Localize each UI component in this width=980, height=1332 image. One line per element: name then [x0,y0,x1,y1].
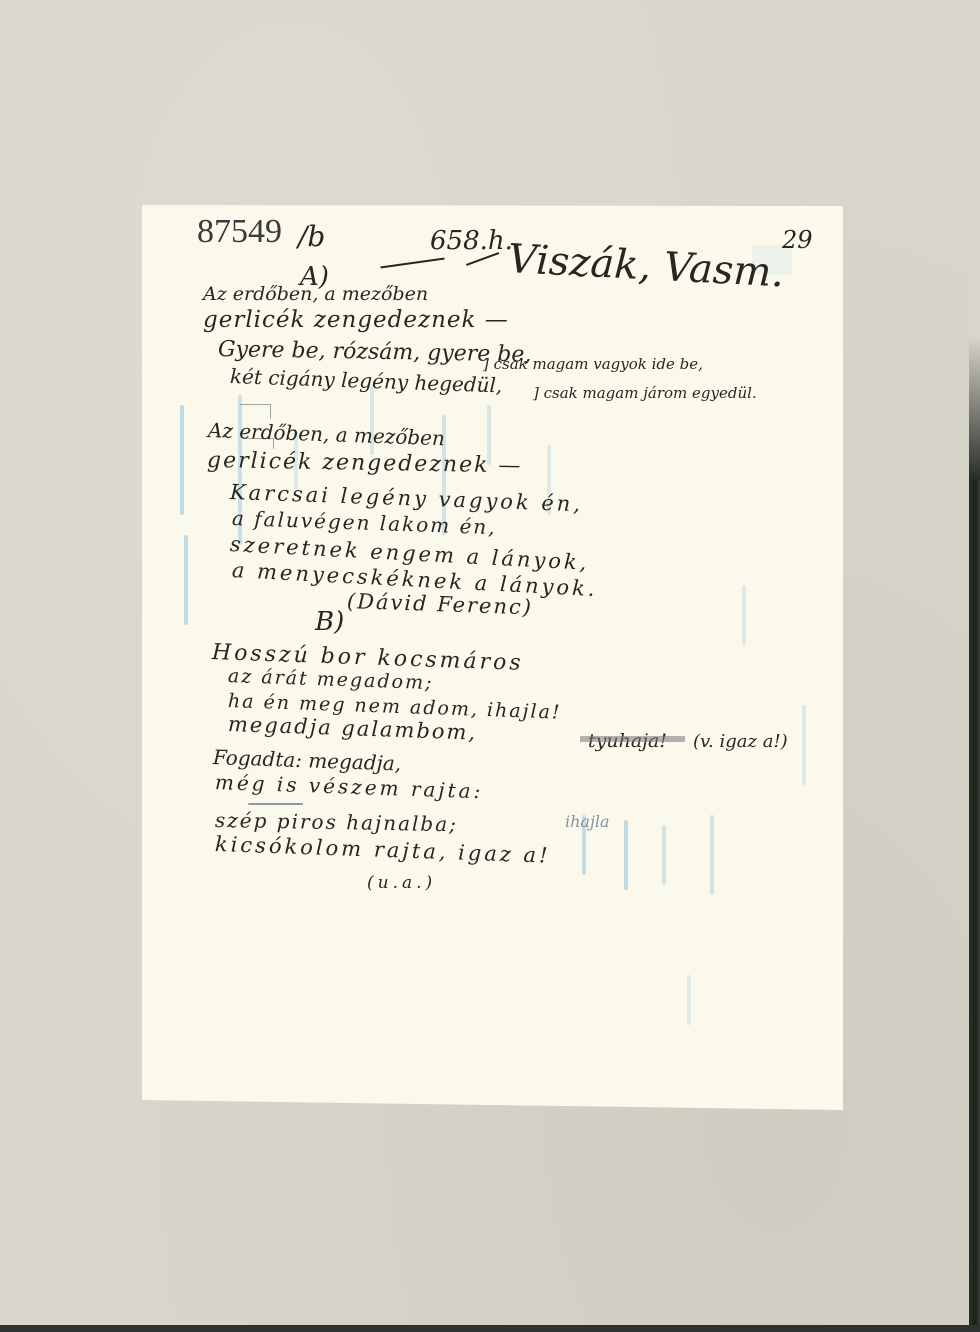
verse-alternate: (v. igaz a!) [693,731,788,752]
pencil-strikethrough [580,736,685,742]
item-number: 658.h. [430,226,513,256]
verse-line: szép piros hajnalba; [215,808,458,836]
blue-crayon-mark [710,815,714,895]
scan-edge-right-fade [969,0,980,480]
verse-line: Az erdőben, a mezőben [203,283,428,305]
blue-crayon-mark [662,825,666,885]
blue-crayon-mark [624,820,628,890]
editorial-bracket-mark [240,404,271,419]
catalog-number-stamp: 87549 [197,213,282,251]
scan-edge-bottom [0,1325,980,1332]
blue-crayon-mark [180,405,184,515]
pencil-insert: ihajla [565,812,610,831]
blue-crayon-mark [802,705,806,785]
section-b-label: B) [315,607,344,637]
verse-line: gerlicék zengedeznek — [203,307,509,333]
catalog-number: 87549 [197,213,282,250]
page-number: 29 [782,226,813,254]
blue-crayon-mark [687,975,691,1025]
blue-crayon-mark [742,585,746,645]
blue-crayon-mark [184,535,188,625]
verse-alternate: ] csak magam vagyok ide be, [483,355,703,373]
attribution: (u.a.) [367,873,436,893]
catalog-suffix: /b [298,220,325,253]
verse-alternate: ] csak magam járom egyedül. [533,384,757,402]
pencil-underline [248,803,303,805]
